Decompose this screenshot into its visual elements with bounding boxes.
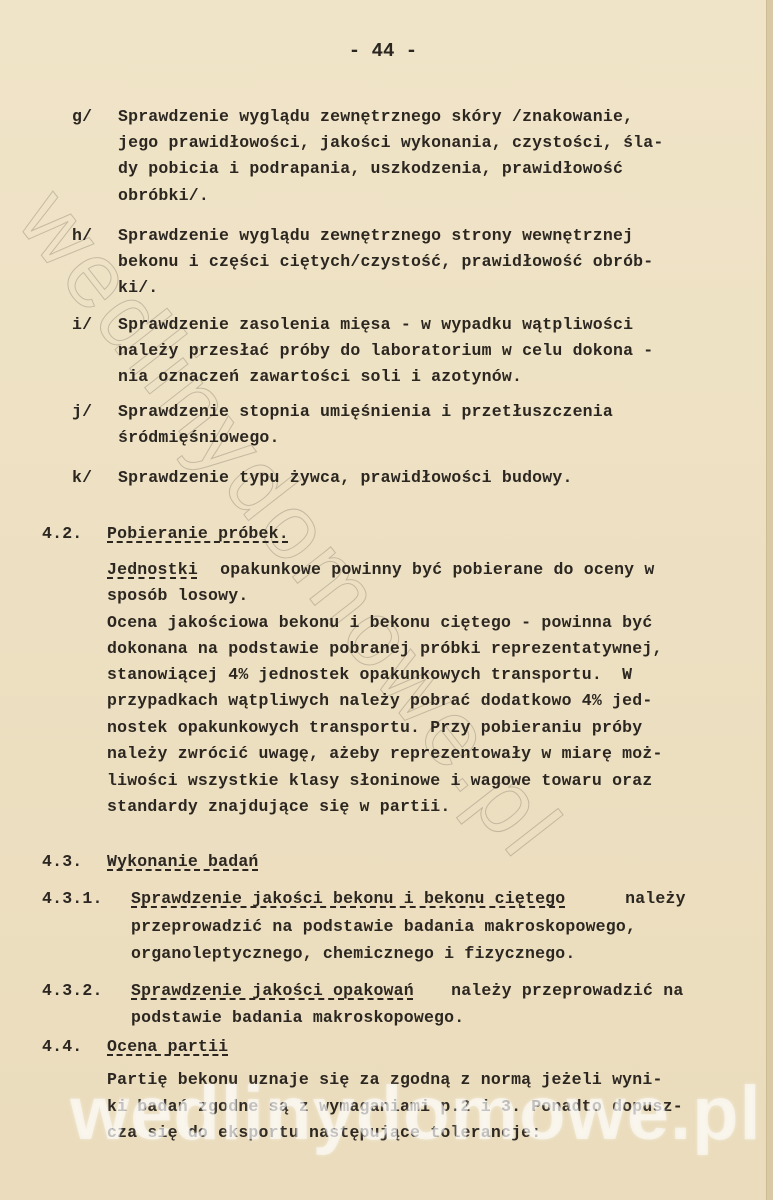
item-k-line: Sprawdzenie typu żywca, prawidłowości bu… — [118, 468, 573, 488]
section-4-3-title: Wykonanie badań — [107, 852, 259, 872]
page-number: - 44 - — [0, 40, 766, 62]
item-i-line: nia oznaczeń zawartości soli i azotynów. — [118, 367, 522, 387]
section-4-3-2-line: podstawie badania makroskopowego. — [131, 1008, 464, 1028]
section-4-2-line: przypadkach wątpliwych należy pobrać dod… — [107, 691, 653, 711]
section-4-3-1-line: przeprowadzić na podstawie badania makro… — [131, 917, 636, 937]
item-h-line: bekonu i części ciętych/czystość, prawid… — [118, 252, 653, 272]
item-g-line: jego prawidłowości, jakości wykonania, c… — [118, 133, 664, 153]
section-4-2-line: Ocena jakościowa bekonu i bekonu ciętego… — [107, 613, 653, 633]
bottom-watermark: wedlinydomowe.pl — [70, 1070, 750, 1157]
item-h-line: Sprawdzenie wyglądu zewnętrznego strony … — [118, 226, 633, 246]
item-label-j: j/ — [72, 402, 92, 422]
section-4-3-1-line: organoleptycznego, chemicznego i fizyczn… — [131, 944, 575, 964]
section-4-3-2-line: należy przeprowadzić na — [441, 981, 683, 1001]
section-4-4-number: 4.4. — [42, 1037, 82, 1057]
item-g-line: dy pobicia i podrapania, uszkodzenia, pr… — [118, 159, 623, 179]
section-4-2-line: stanowiącej 4% jednostek opakunkowych tr… — [107, 665, 632, 685]
item-g-line: Sprawdzenie wyglądu zewnętrznego skóry /… — [118, 107, 633, 127]
section-4-3-1-line: należy — [615, 889, 686, 909]
item-i-line: należy przesłać próby do laboratorium w … — [118, 341, 653, 361]
section-4-2-line: opakunkowe powinny być pobierane do ocen… — [210, 560, 654, 580]
item-h-line: ki/. — [118, 278, 158, 298]
page-edge — [766, 0, 773, 1200]
section-4-2-first-word: Jednostki — [107, 560, 198, 580]
section-4-2-line: dokonana na podstawie pobranej próbki re… — [107, 639, 663, 659]
item-label-g: g/ — [72, 107, 92, 127]
section-4-3-1-number: 4.3.1. — [42, 889, 103, 909]
section-4-2-line: nostek opakunkowych transportu. Przy pob… — [107, 718, 642, 738]
item-g-line: obróbki/. — [118, 186, 209, 206]
section-4-3-1-title: Sprawdzenie jakości bekonu i bekonu cięt… — [131, 889, 565, 909]
section-4-2-line: należy zwrócić uwagę, ażeby reprezentowa… — [107, 744, 663, 764]
item-j-line: śródmięśniowego. — [118, 428, 280, 448]
section-4-3-number: 4.3. — [42, 852, 82, 872]
section-4-2-line: standardy znajdujące się w partii. — [107, 797, 450, 817]
section-4-2-line: liwości wszystkie klasy słoninowe i wago… — [107, 771, 653, 791]
item-label-h: h/ — [72, 226, 92, 246]
item-label-i: i/ — [72, 315, 92, 335]
item-label-k: k/ — [72, 468, 92, 488]
section-4-2-line: sposób losowy. — [107, 586, 248, 606]
section-4-2-title: Pobieranie próbek. — [107, 524, 289, 544]
section-4-4-title: Ocena partii — [107, 1037, 228, 1057]
section-4-3-2-number: 4.3.2. — [42, 981, 103, 1001]
section-4-3-2-title: Sprawdzenie jakości opakowań — [131, 981, 414, 1001]
item-i-line: Sprawdzenie zasolenia mięsa - w wypadku … — [118, 315, 633, 335]
section-4-2-number: 4.2. — [42, 524, 82, 544]
item-j-line: Sprawdzenie stopnia umięśnienia i przetł… — [118, 402, 613, 422]
